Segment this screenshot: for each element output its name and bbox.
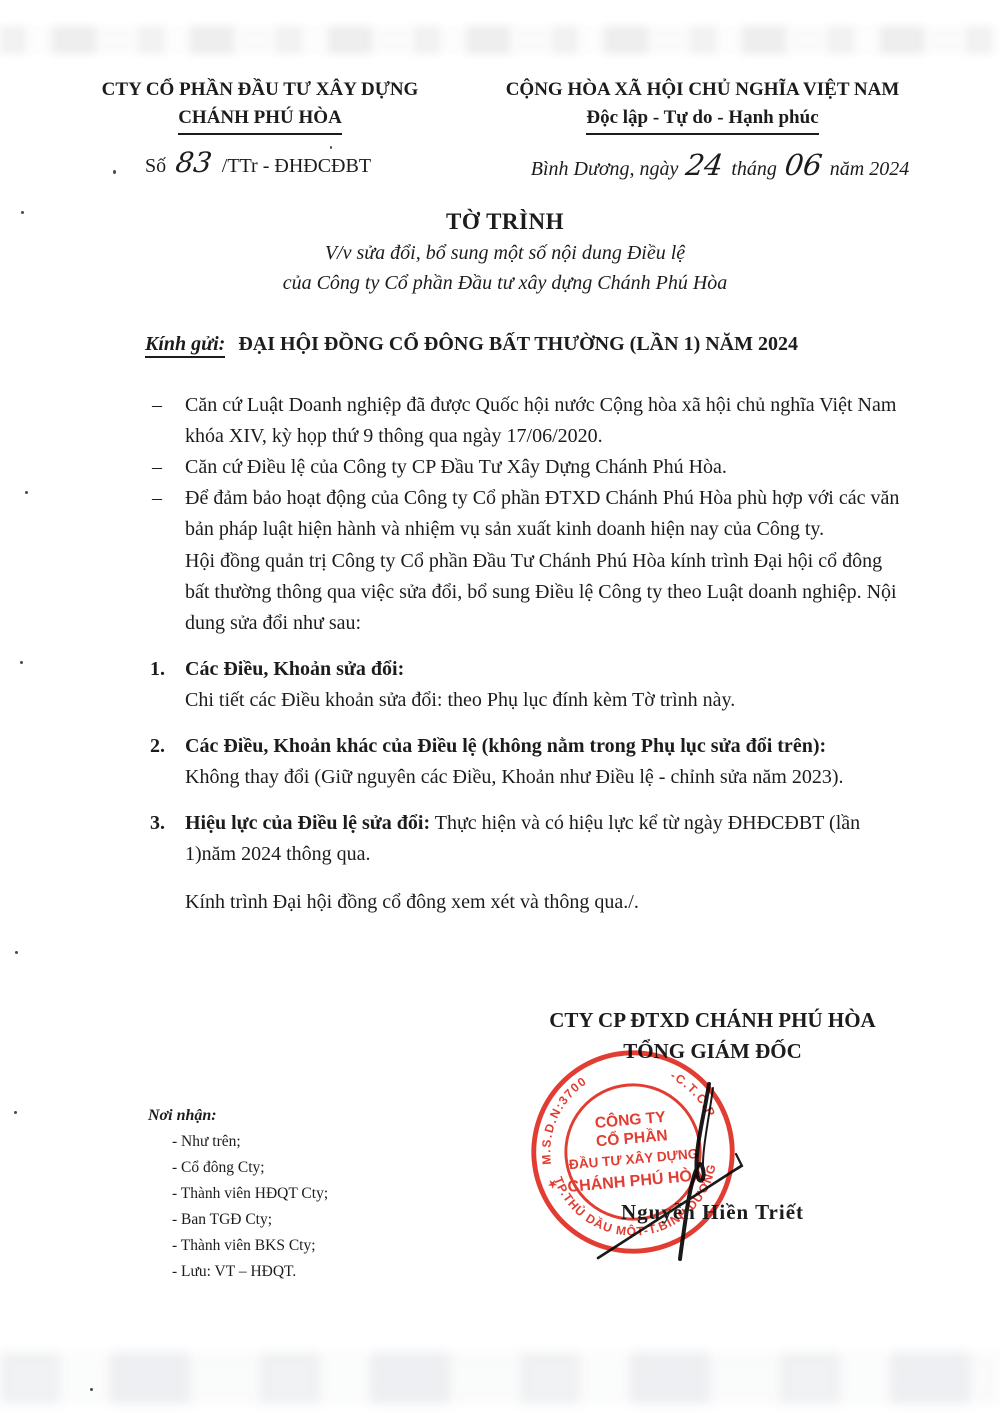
- signer-name: Nguyễn Hiền Triết: [505, 1200, 920, 1225]
- item-heading: Các Điều, Khoản sửa đổi:: [185, 654, 905, 685]
- recipient-item: - Như trên;: [172, 1129, 448, 1155]
- closing-line: Kính trình Đại hội đồng cổ đông xem xét …: [185, 887, 905, 918]
- scan-speck: [20, 661, 23, 664]
- date-year: năm 2024: [830, 158, 909, 181]
- item-number: 2.: [145, 731, 185, 793]
- item-number: 1.: [145, 654, 185, 716]
- recipient-item: - Lưu: VT – HĐQT.: [172, 1259, 448, 1285]
- recipient-item: - Cổ đông Cty;: [172, 1155, 448, 1181]
- issuer-name-line2: CHÁNH PHÚ HÒA: [178, 104, 342, 135]
- document-page: CTY CỔ PHẦN ĐẦU TƯ XÂY DỰNG CHÁNH PHÚ HÒ…: [0, 0, 1000, 1413]
- bullet-text: Để đảm bảo hoạt động của Công ty Cổ phần…: [185, 483, 905, 545]
- scan-speck: [90, 1388, 93, 1391]
- legal-basis-bullet: – Căn cứ Điều lệ của Công ty CP Đầu Tư X…: [145, 452, 905, 483]
- item-2: 2. Các Điều, Khoản khác của Điều lệ (khô…: [145, 731, 905, 793]
- document-subtitle-1: V/v sửa đổi, bổ sung một số nội dung Điề…: [100, 238, 910, 268]
- scan-noise-bottom: [0, 1352, 1000, 1404]
- national-motto-block: CỘNG HÒA XÃ HỘI CHỦ NGHĨA VIỆT NAM Độc l…: [460, 76, 945, 135]
- recipient-item: - Thành viên HĐQT Cty;: [172, 1181, 448, 1207]
- scan-speck: [25, 491, 28, 494]
- date-place: Bình Dương, ngày: [531, 158, 679, 181]
- salutation-label: Kính gửi:: [145, 333, 225, 358]
- recipient-item: - Thành viên BKS Cty;: [172, 1233, 448, 1259]
- bullet-text: Căn cứ Điều lệ của Công ty CP Đầu Tư Xây…: [185, 452, 905, 483]
- item-1: 1. Các Điều, Khoản sửa đổi: Chi tiết các…: [145, 654, 905, 716]
- document-title: TỜ TRÌNH: [100, 205, 910, 238]
- salutation-line: Kính gửi: ĐẠI HỘI ĐỒNG CỔ ĐÔNG BẤT THƯỜN…: [145, 333, 940, 356]
- date-day-handwritten: 24: [684, 148, 726, 182]
- handwritten-signature: [520, 1040, 840, 1280]
- item-text: Chi tiết các Điều khoản sửa đổi: theo Ph…: [185, 685, 905, 716]
- title-block: TỜ TRÌNH V/v sửa đổi, bổ sung một số nội…: [100, 205, 910, 298]
- intro-paragraph: Hội đồng quản trị Công ty Cổ phần Đầu Tư…: [185, 546, 905, 639]
- legal-basis-bullet: – Để đảm bảo hoạt động của Công ty Cổ ph…: [145, 483, 905, 545]
- recipients-block: Nơi nhận: - Như trên; - Cổ đông Cty; - T…: [148, 1103, 448, 1285]
- item-3: 3. Hiệu lực của Điều lệ sửa đổi: Thực hi…: [145, 808, 905, 870]
- bullet-text: Căn cứ Luật Doanh nghiệp đã được Quốc hộ…: [185, 390, 905, 452]
- item-heading: Hiệu lực của Điều lệ sửa đổi:: [185, 812, 430, 834]
- bullet-dash-icon: –: [145, 452, 185, 483]
- recipients-label: Nơi nhận:: [148, 1103, 448, 1129]
- bullet-dash-icon: –: [145, 483, 185, 545]
- national-motto: Độc lập - Tự do - Hạnh phúc: [586, 104, 818, 135]
- doc-number-suffix: /TTr - ĐHĐCĐBT: [222, 155, 371, 178]
- item-text: Không thay đổi (Giữ nguyên các Điều, Kho…: [185, 762, 905, 793]
- date-line: Bình Dương, ngày 24 tháng 06 năm 2024: [500, 148, 940, 182]
- date-month-label: tháng: [731, 158, 777, 181]
- recipient-item: - Ban TGĐ Cty;: [172, 1207, 448, 1233]
- issuer-block: CTY CỔ PHẦN ĐẦU TƯ XÂY DỰNG CHÁNH PHÚ HÒ…: [60, 76, 460, 135]
- scan-speck: [21, 211, 24, 214]
- document-body: – Căn cứ Luật Doanh nghiệp đã được Quốc …: [145, 390, 905, 918]
- scan-speck: [14, 1111, 17, 1114]
- document-subtitle-2: của Công ty Cổ phần Đầu tư xây dựng Chán…: [100, 268, 910, 298]
- document-number: Số 83 /TTr - ĐHĐCĐBT: [145, 146, 371, 179]
- national-title: CỘNG HÒA XÃ HỘI CHỦ NGHĨA VIỆT NAM: [460, 76, 945, 104]
- scan-noise-top: [0, 26, 1000, 54]
- doc-number-prefix: Số: [145, 155, 166, 178]
- scan-speck: [15, 951, 18, 954]
- item-heading: Các Điều, Khoản khác của Điều lệ (không …: [185, 735, 826, 757]
- salutation-recipient: ĐẠI HỘI ĐỒNG CỔ ĐÔNG BẤT THƯỜNG (LẦN 1) …: [238, 333, 798, 355]
- item-number: 3.: [145, 808, 185, 870]
- doc-number-handwritten: 83: [174, 146, 214, 179]
- issuer-name-line1: CTY CỔ PHẦN ĐẦU TƯ XÂY DỰNG: [60, 76, 460, 104]
- signature-company: CTY CP ĐTXD CHÁNH PHÚ HÒA: [505, 1005, 920, 1036]
- bullet-dash-icon: –: [145, 390, 185, 452]
- legal-basis-bullet: – Căn cứ Luật Doanh nghiệp đã được Quốc …: [145, 390, 905, 452]
- document-header: CTY CỔ PHẦN ĐẦU TƯ XÂY DỰNG CHÁNH PHÚ HÒ…: [60, 76, 945, 135]
- date-month-handwritten: 06: [783, 148, 825, 182]
- scan-speck: [113, 170, 116, 174]
